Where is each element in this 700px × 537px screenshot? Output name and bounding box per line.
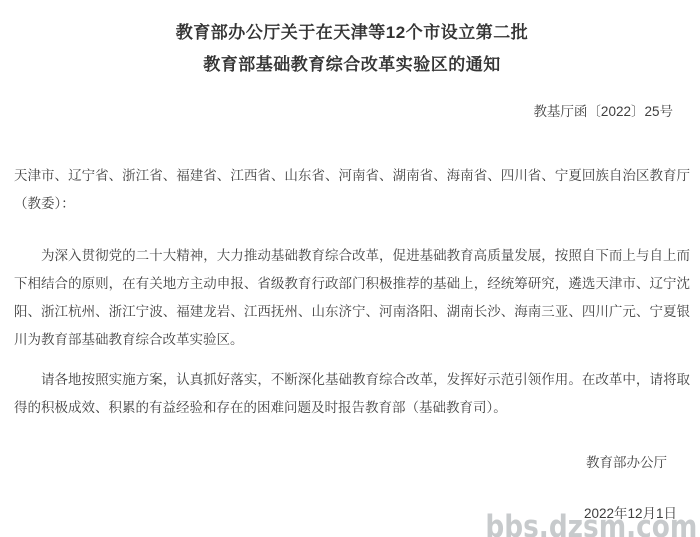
notice-title-line2: 教育部基础教育综合改革实验区的通知 — [14, 49, 690, 81]
issuing-authority-signature: 教育部办公厅 — [14, 449, 667, 477]
document-body: 教育部办公厅关于在天津等12个市设立第二批 教育部基础教育综合改革实验区的通知 … — [0, 0, 700, 528]
document-page: 教育部办公厅关于在天津等12个市设立第二批 教育部基础教育综合改革实验区的通知 … — [0, 0, 700, 537]
addressee-line: 天津市、辽宁省、浙江省、福建省、江西省、山东省、河南省、湖南省、海南省、四川省、… — [14, 162, 690, 218]
notice-title-line1: 教育部办公厅关于在天津等12个市设立第二批 — [14, 17, 690, 49]
notice-title: 教育部办公厅关于在天津等12个市设立第二批 教育部基础教育综合改革实验区的通知 — [14, 17, 690, 81]
body-paragraph-2: 请各地按照实施方案，认真抓好落实，不断深化基础教育综合改革，发挥好示范引领作用。… — [14, 366, 690, 422]
document-number: 教基厅函〔2022〕25号 — [14, 98, 673, 126]
issue-date: 2022年12月1日 — [14, 500, 677, 528]
body-paragraph-1: 为深入贯彻党的二十大精神，大力推动基础教育综合改革，促进基础教育高质量发展，按照… — [14, 242, 690, 354]
